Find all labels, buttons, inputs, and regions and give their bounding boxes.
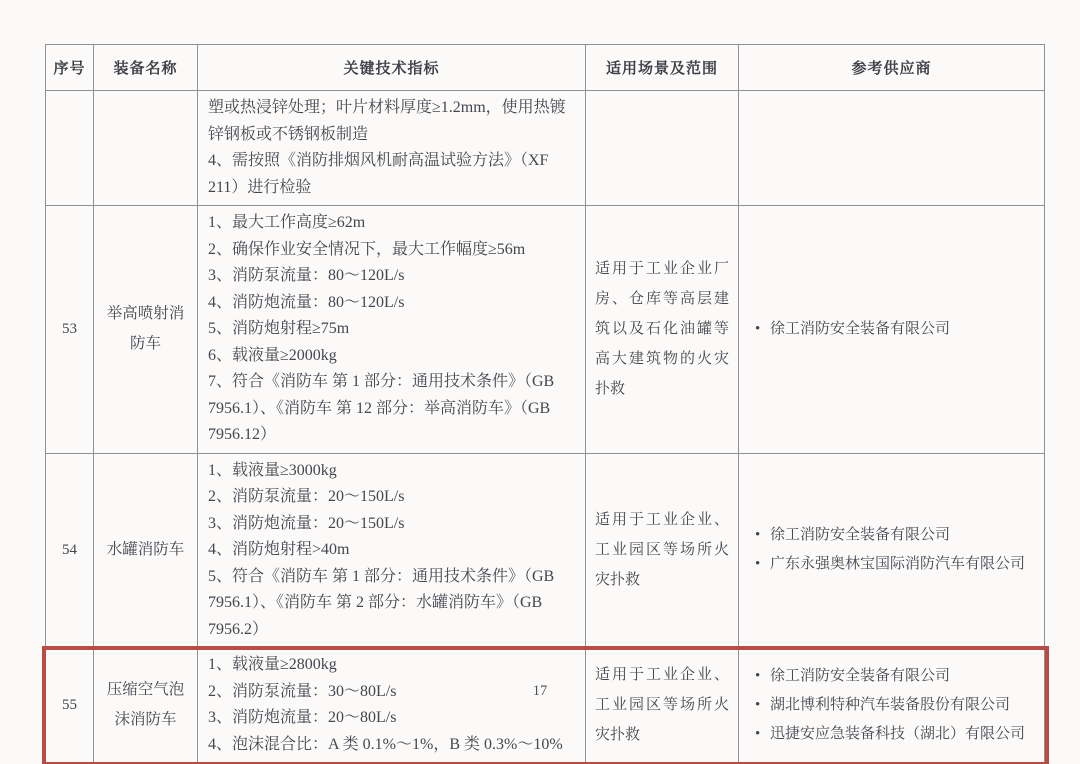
equipment-name-cell: 水罐消防车 [94, 453, 198, 648]
spec-line: 塑或热浸锌处理；叶片材料厚度≥1.2mm，使用热镀锌钢板或不锈钢板制造 [208, 95, 577, 148]
spec-line: 5、消防炮射程≥75m [208, 316, 577, 343]
table-row: 54水罐消防车1、载液量≥3000kg2、消防泵流量：20～150L/s3、消防… [46, 453, 1045, 648]
header-equipment-name: 装备名称 [94, 45, 198, 91]
equipment-name-cell [94, 91, 198, 206]
spec-line: 7、符合《消防车 第 1 部分：通用技术条件》（GB 7956.1）、《消防车 … [208, 369, 577, 449]
spec-line: 3、消防炮流量：20～80L/s [208, 705, 577, 732]
header-key-tech-specs: 关键技术指标 [198, 45, 586, 91]
spec-line: 4、需按照《消防排烟风机耐高温试验方法》（XF 211）进行检验 [208, 148, 577, 201]
row-serial-number [46, 91, 94, 206]
header-reference-suppliers: 参考供应商 [739, 45, 1045, 91]
spec-line: 6、载液量≥2000kg [208, 343, 577, 370]
tech-specs-cell: 1、载液量≥2800kg2、消防泵流量：30～80L/s3、消防炮流量：20～8… [198, 648, 586, 763]
spec-line: 3、消防炮流量：20～150L/s [208, 511, 577, 538]
equipment-name-cell: 压缩空气泡沫消防车 [94, 648, 198, 763]
equipment-table: 序号 装备名称 关键技术指标 适用场景及范围 参考供应商 塑或热浸锌处理；叶片材… [45, 44, 1045, 763]
spec-line: 4、消防炮流量：80～120L/s [208, 290, 577, 317]
header-serial-number: 序号 [46, 45, 94, 91]
supplier-item: 徐工消防安全装备有限公司 [755, 521, 1038, 550]
suppliers-cell: 徐工消防安全装备有限公司 [739, 206, 1045, 454]
spec-line: 4、泡沫混合比：A 类 0.1%～1%，B 类 0.3%～10% [208, 732, 577, 759]
spec-line: 2、消防泵流量：20～150L/s [208, 484, 577, 511]
table-body: 塑或热浸锌处理；叶片材料厚度≥1.2mm，使用热镀锌钢板或不锈钢板制造4、需按照… [46, 91, 1045, 763]
table-row: 53举高喷射消防车1、最大工作高度≥62m2、确保作业安全情况下，最大工作幅度≥… [46, 206, 1045, 454]
spec-line: 3、消防泵流量：80～120L/s [208, 263, 577, 290]
spec-line: 4、消防炮射程>40m [208, 537, 577, 564]
spec-line: 1、载液量≥3000kg [208, 458, 577, 485]
supplier-item: 迅捷安应急装备科技（湖北）有限公司 [755, 720, 1038, 749]
supplier-item: 徐工消防安全装备有限公司 [755, 315, 1038, 344]
spec-line: 2、确保作业安全情况下，最大工作幅度≥56m [208, 237, 577, 264]
spec-line: 1、最大工作高度≥62m [208, 210, 577, 237]
tech-specs-cell: 1、载液量≥3000kg2、消防泵流量：20～150L/s3、消防炮流量：20～… [198, 453, 586, 648]
table-row: 塑或热浸锌处理；叶片材料厚度≥1.2mm，使用热镀锌钢板或不锈钢板制造4、需按照… [46, 91, 1045, 206]
scenario-cell: 适用于工业企业、工业园区等场所火灾扑救 [586, 453, 739, 648]
row-serial-number: 55 [46, 648, 94, 763]
page-number: 17 [0, 683, 1080, 700]
row-serial-number: 54 [46, 453, 94, 648]
table-header-row: 序号 装备名称 关键技术指标 适用场景及范围 参考供应商 [46, 45, 1045, 91]
equipment-name-cell: 举高喷射消防车 [94, 206, 198, 454]
tech-specs-cell: 1、最大工作高度≥62m2、确保作业安全情况下，最大工作幅度≥56m3、消防泵流… [198, 206, 586, 454]
header-applicable-scenario: 适用场景及范围 [586, 45, 739, 91]
suppliers-cell: 徐工消防安全装备有限公司广东永强奥林宝国际消防汽车有限公司 [739, 453, 1045, 648]
suppliers-cell: 徐工消防安全装备有限公司湖北博利特种汽车装备股份有限公司迅捷安应急装备科技（湖北… [739, 648, 1045, 763]
spec-line: 5、符合《消防车 第 1 部分：通用技术条件》（GB 7956.1）、《消防车 … [208, 564, 577, 644]
table-row: 55压缩空气泡沫消防车1、载液量≥2800kg2、消防泵流量：30～80L/s3… [46, 648, 1045, 763]
scenario-cell [586, 91, 739, 206]
scenario-cell: 适用于工业企业厂房、仓库等高层建筑以及石化油罐等高大建筑物的火灾扑救 [586, 206, 739, 454]
spec-line: 1、载液量≥2800kg [208, 652, 577, 679]
equipment-table-wrap: 序号 装备名称 关键技术指标 适用场景及范围 参考供应商 塑或热浸锌处理；叶片材… [45, 44, 1044, 763]
scenario-cell: 适用于工业企业、工业园区等场所火灾扑救 [586, 648, 739, 763]
suppliers-cell [739, 91, 1045, 206]
row-serial-number: 53 [46, 206, 94, 454]
document-page: 序号 装备名称 关键技术指标 适用场景及范围 参考供应商 塑或热浸锌处理；叶片材… [0, 0, 1080, 764]
tech-specs-cell: 塑或热浸锌处理；叶片材料厚度≥1.2mm，使用热镀锌钢板或不锈钢板制造4、需按照… [198, 91, 586, 206]
supplier-item: 广东永强奥林宝国际消防汽车有限公司 [755, 550, 1038, 579]
